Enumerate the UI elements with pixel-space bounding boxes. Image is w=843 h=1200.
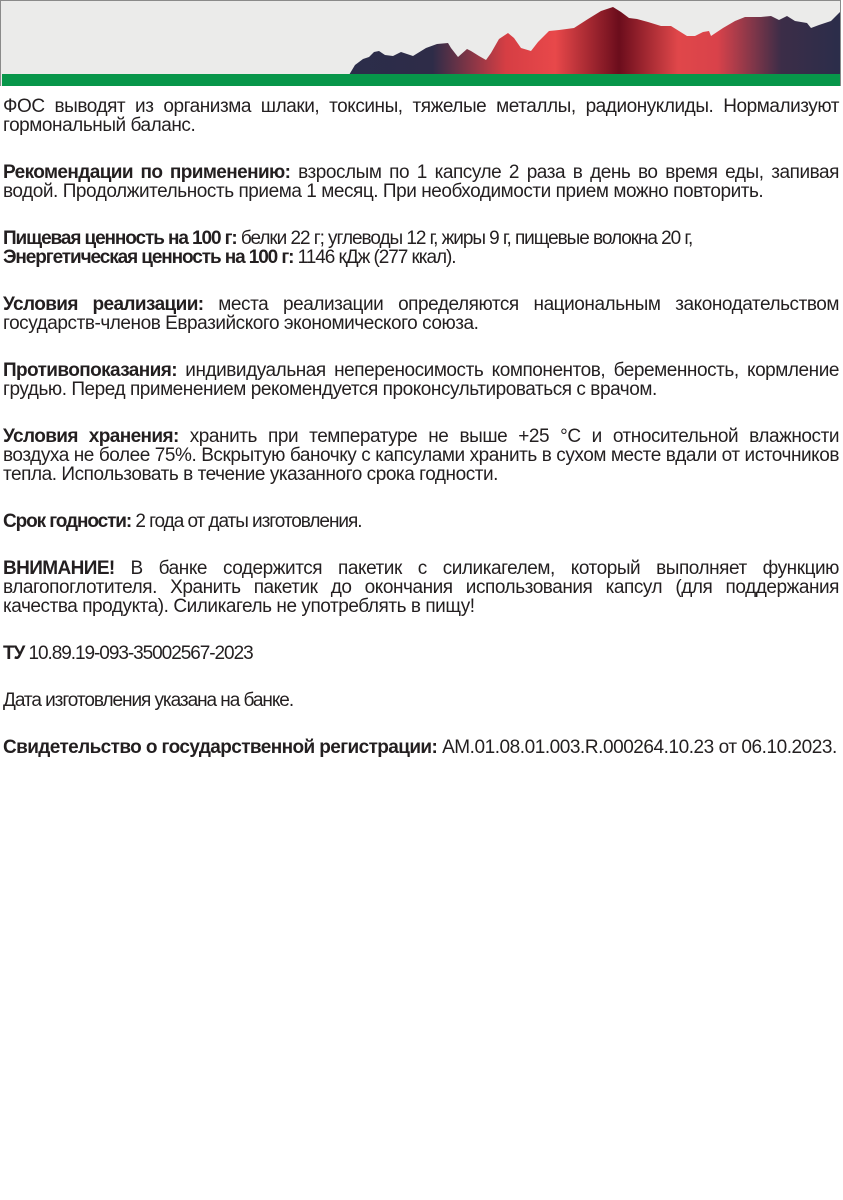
product-info-text: ФОС выводят из организма шлаки, токсины,… — [3, 97, 839, 757]
paragraph-shelf-life: Срок годности: 2 года от даты изготовлен… — [3, 512, 839, 531]
paragraph-contraindications: Противопоказания: индивидуальная неперен… — [3, 361, 839, 399]
label-registration: Свидетельство о государственной регистра… — [3, 737, 437, 758]
label-contraindications: Противопоказания: — [3, 360, 177, 381]
paragraph-tu: ТУ 10.89.19-093-35002567-2023 — [3, 644, 839, 663]
paragraph-nutrition: Пищевая ценность на 100 г: белки 22 г; у… — [3, 229, 839, 248]
paragraph-manufacture-date: Дата изготовления указана на банке. — [3, 691, 839, 710]
paragraph-energy: Энергетическая ценность на 100 г: 1146 к… — [3, 248, 839, 267]
label-shelf-life: Срок годности: — [3, 511, 131, 532]
paragraph-storage: Условия хранения: хранить при температур… — [3, 427, 839, 484]
label-tu: ТУ — [3, 643, 24, 664]
label-usage: Рекомендации по применению: — [3, 162, 290, 183]
paragraph-warning: ВНИМАНИЕ! В банке содержится пакетик с с… — [3, 559, 839, 616]
label-nutrition: Пищевая ценность на 100 г: — [3, 228, 237, 249]
paragraph-effect: ФОС выводят из организма шлаки, токсины,… — [3, 97, 839, 135]
header-banner — [0, 0, 841, 86]
label-storage: Условия хранения: — [3, 426, 179, 447]
green-stripe — [2, 74, 841, 86]
label-energy: Энергетическая ценность на 100 г: — [3, 247, 293, 268]
label-sales-conditions: Условия реализации: — [3, 294, 204, 315]
paragraph-sales-conditions: Условия реализации: места реализации опр… — [3, 295, 839, 333]
paragraph-registration: Свидетельство о государственной регистра… — [3, 738, 839, 757]
label-warning: ВНИМАНИЕ! — [3, 558, 115, 579]
paragraph-usage: Рекомендации по применению: взрослым по … — [3, 163, 839, 201]
